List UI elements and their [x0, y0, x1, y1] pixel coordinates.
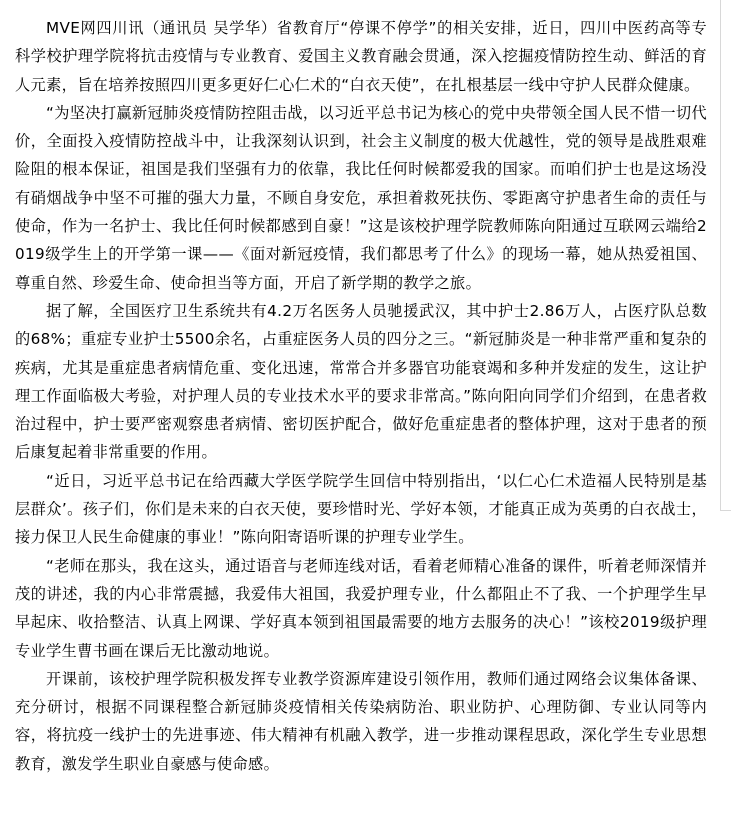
paragraph-intro: MVE网四川讯（通讯员 吴学华）省教育厅“停课不停学”的相关安排，近日，四川中医… [15, 14, 707, 99]
paragraph-statistics: 据了解，全国医疗卫生系统共有4.2万名医务人员驰援武汉，其中护士2.86万人，占… [15, 297, 707, 467]
paragraph-student-quote: “老师在那头，我在这头，通过语音与老师连线对话，看着老师精心准备的课件，听着老师… [15, 552, 707, 665]
article-body: MVE网四川讯（通讯员 吴学华）省教育厅“停课不停学”的相关安排，近日，四川中医… [15, 14, 707, 778]
paragraph-xi-letter-quote: “近日，习近平总书记在给西藏大学医学院学生回信中特别指出，‘以仁心仁术造福人民特… [15, 467, 707, 552]
paragraph-course-preparation: 开课前，该校护理学院积极发挥专业教学资源库建设引领作用，教师们通过网络会议集体备… [15, 665, 707, 778]
paragraph-teacher-quote: “为坚决打赢新冠肺炎疫情防控阻击战，以习近平总书记为核心的党中央带领全国人民不惜… [15, 99, 707, 297]
frame-border-vertical [720, 0, 721, 510]
frame-border-horizontal [720, 510, 731, 511]
